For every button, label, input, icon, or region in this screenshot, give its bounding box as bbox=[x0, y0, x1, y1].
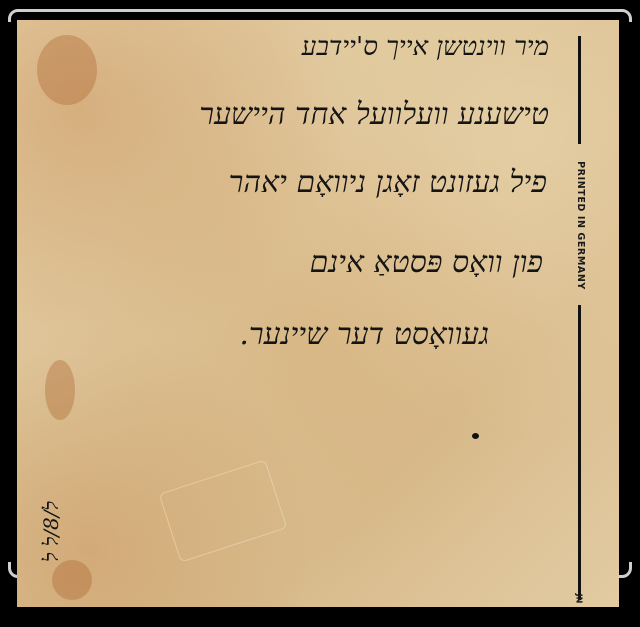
printed-text: PRINTED IN GERMANY bbox=[575, 161, 586, 290]
stain bbox=[37, 35, 97, 105]
side-note-text: ל/8/ל ל bbox=[39, 501, 64, 562]
handwritten-line-2: טישענע וועלוועל אחד היישער bbox=[199, 100, 549, 130]
handwritten-line-3: פיל געזונט זאָגן ניוואָם יאהר bbox=[229, 168, 547, 198]
embossed-mark bbox=[159, 459, 288, 562]
handwritten-line-4: פון וואָס פּסטאַ אינם bbox=[310, 248, 543, 278]
ink-dot bbox=[472, 433, 479, 439]
postcard: מיר ווינטשן אייך ס'יידבע טישענע וועלוועל… bbox=[17, 20, 619, 607]
divider-line-bottom bbox=[578, 305, 581, 600]
handwritten-line-1: מיר ווינטשן אייך ס'יידבע bbox=[302, 34, 549, 60]
handwritten-line-5: געוואָסט דער שיינער. bbox=[239, 320, 489, 350]
printed-in-germany-label: PRINTED IN GERMANY bbox=[569, 146, 591, 304]
handwritten-side-note: ל/8/ל ל bbox=[39, 456, 63, 606]
divider-line-top bbox=[578, 36, 581, 144]
cut-off-printed-text: JN bbox=[574, 594, 583, 604]
stain bbox=[45, 360, 75, 420]
